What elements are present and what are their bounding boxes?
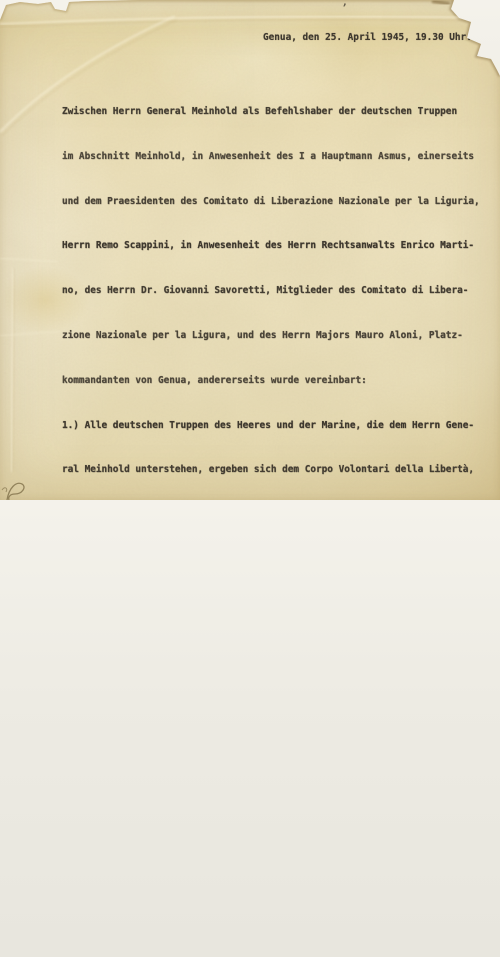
document-line: und dem Praesidenten des Comitato di Lib… [62,196,492,219]
document-line: 1.) Alle deutschen Truppen des Heeres un… [62,420,492,443]
scan-background: { "colors": { "paper": "#ecdfb8", "ink":… [0,0,500,500]
document-page: ’ Genua, den 25. April 1945, 19.30 Uhr. … [0,0,500,500]
document-line: zione Nazionale per la Ligura, und des H… [62,330,492,353]
document-line: Herrn Remo Scappini, in Anwesenheit des … [62,240,492,263]
document-line: Zwischen Herrn General Meinhold als Befe… [62,106,492,129]
dateline: Genua, den 25. April 1945, 19.30 Uhr. [263,32,472,43]
document-line: kommandanten von Genua, andererseits wur… [62,375,492,398]
document-body: Zwischen Herrn General Meinhold als Befe… [62,84,492,500]
document-line: im Abschnitt Meinhold, in Anwesenheit de… [62,151,492,174]
document-line: ral Meinhold unterstehen, ergeben sich d… [62,464,492,487]
document-line: no, des Herrn Dr. Giovanni Savoretti, Mi… [62,285,492,308]
